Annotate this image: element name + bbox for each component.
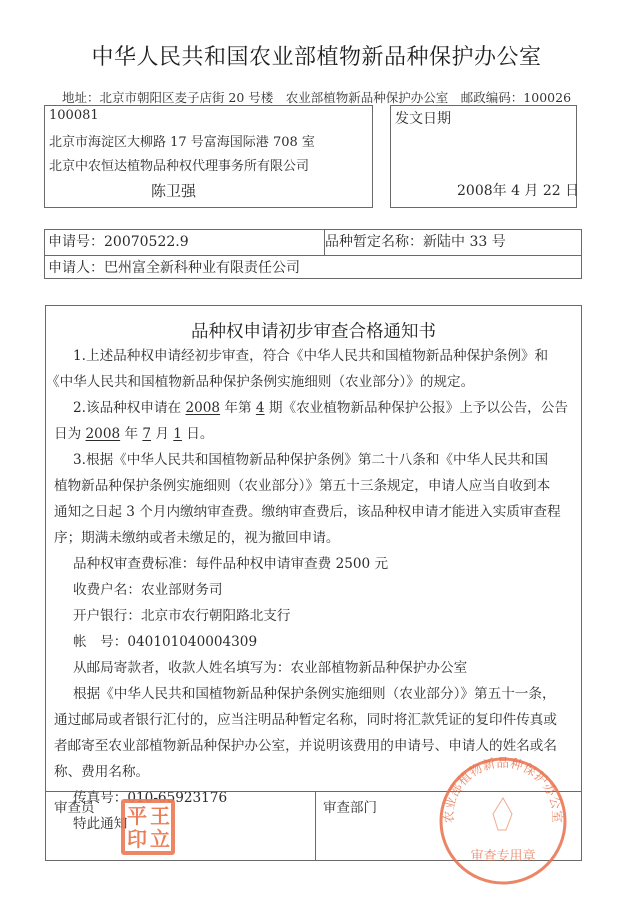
recipient-box: 100081 北京市海淀区大柳路 17 号富海国际港 708 室 北京中农恒达植… [44, 105, 373, 208]
notice-box: 品种权申请初步审查合格通知书 1.上述品种权申请经初步审查，符合《中华人民共和国… [45, 305, 582, 792]
application-number-cell: 申请号：20070522.9 [45, 230, 325, 255]
office-address: 地址：北京市朝阳区麦子店街 20 号楼 农业部植物新品种保护办公室 邮政编码：1… [0, 88, 633, 106]
official-seal-graphic: 农业部植物新品种保护办公室 审查专用章 [438, 756, 568, 886]
seal-ring-text: 农业部植物新品种保护办公室 [441, 755, 565, 823]
fee-bank: 开户银行：北京市农行朝阳路北支行 [46, 603, 581, 629]
fee-standard: 品种权审查费标准：每件品种权申请审查费 2500 元 [46, 551, 581, 577]
fee-payee: 收费户名：农业部财务司 [46, 577, 581, 603]
issue-date-value: 2008年 4 月 22 日 [457, 180, 579, 200]
item2-pub-mid1: 年 [120, 426, 142, 442]
item3-line3: 通知之日起 3 个月内缴纳审查费。缴纳审查费后，该品种权申请才能进入实质审查程 [46, 499, 581, 525]
item3-line2: 植物新品种保护条例实施细则（农业部分）》第五十三条规定，申请人应当自收到本 [46, 473, 581, 499]
variety-name-cell: 品种暂定名称：新陆中 33 号 [322, 230, 506, 255]
signature-divider [315, 792, 316, 860]
item3-line1: 3.根据《中华人民共和国植物新品种保护条例》第二十八条和《中华人民共和国 [46, 447, 581, 473]
seal-char-4: 印 [126, 828, 148, 850]
official-seal: 农业部植物新品种保护办公室 审查专用章 [438, 756, 568, 886]
issue-date-box: 发文日期 2008年 4 月 22 日 [390, 105, 577, 208]
fee-account: 帐 号：040101040004309 [46, 629, 581, 655]
item2-mid1: 年第 [220, 400, 256, 416]
application-number: 20070522.9 [104, 234, 189, 250]
publication-year: 2008 [86, 426, 121, 442]
publication-month: 7 [142, 426, 151, 442]
application-number-label: 申请号： [48, 234, 104, 250]
recipient-address: 北京市海淀区大柳路 17 号富海国际港 708 室 [49, 131, 315, 150]
item2-line2-prefix: 日为 [54, 426, 86, 442]
item3-line4: 序；期满未缴纳或者未缴足的，视为撤回申请。 [46, 525, 581, 551]
item2-pub-mid2: 月 [151, 426, 173, 442]
item2-line2: 日为 2008 年 7 月 1 日。 [46, 421, 581, 447]
seal-char-1: 王 [149, 805, 171, 827]
svg-text:农业部植物新品种保护办公室: 农业部植物新品种保护办公室 [441, 755, 565, 823]
item2-line1: 2.该品种权申请在 2008 年第 4 期《农业植物新品种保护公报》上予以公告，… [46, 395, 581, 421]
item2-mid2: 期《农业植物新品种保护公报》上予以公告，公告 [265, 400, 568, 416]
item1-line1: 1.上述品种权申请经初步审查，符合《中华人民共和国植物新品种保护条例》和 [46, 343, 581, 369]
page-title: 中华人民共和国农业部植物新品种保护办公室 [0, 40, 633, 71]
recipient-company: 北京中农恒达植物品种权代理事务所有限公司 [49, 155, 309, 174]
publication-day: 1 [173, 426, 182, 442]
star-icon [493, 798, 512, 830]
department-label: 审查部门 [323, 796, 377, 816]
applicant-name: 巴州富全新科种业有限责任公司 [104, 260, 300, 276]
item1-line2: 《中华人民共和国植物新品种保护条例实施细则（农业部分）》的规定。 [46, 369, 581, 395]
variety-name: 新陆中 33 号 [423, 234, 506, 250]
bulletin-year: 2008 [185, 400, 220, 416]
bulletin-issue: 4 [256, 400, 265, 416]
applicant-cell: 申请人：巴州富全新科种业有限责任公司 [45, 256, 300, 281]
recipient-name: 陈卫强 [151, 180, 196, 201]
item2-prefix: 2.该品种权申请在 [73, 400, 185, 416]
info-row-applicant: 申请人：巴州富全新科种业有限责任公司 [45, 255, 581, 281]
notice-title: 品种权申请初步审查合格通知书 [46, 318, 581, 343]
application-info-table: 申请号：20070522.9 品种暂定名称：新陆中 33 号 申请人：巴州富全新… [44, 229, 582, 279]
seal-bottom-text: 审查专用章 [470, 848, 535, 864]
item2-pub-suffix: 日。 [182, 426, 214, 442]
applicant-label: 申请人： [48, 260, 104, 276]
seal-char-2: 立 [149, 828, 171, 850]
issue-date-label: 发文日期 [395, 108, 451, 128]
examiner-label: 审查员 [54, 796, 95, 816]
fee-postal: 从邮局寄款者，收款人姓名填写为：农业部植物新品种保护办公室 [46, 655, 581, 681]
info-row-number: 申请号：20070522.9 品种暂定名称：新陆中 33 号 [45, 230, 581, 255]
examiner-seal: 王 立 平 印 [121, 799, 175, 855]
remit-line1: 根据《中华人民共和国植物新品种保护条例实施细则（农业部分）》第五十一条， [46, 681, 581, 707]
variety-name-label: 品种暂定名称： [325, 234, 423, 250]
remit-line2: 通过邮局或者银行汇付的，应当注明品种暂定名称，同时将汇款凭证的复印件传真或 [46, 707, 581, 733]
recipient-postcode: 100081 [49, 108, 99, 123]
seal-char-3: 平 [126, 805, 148, 827]
